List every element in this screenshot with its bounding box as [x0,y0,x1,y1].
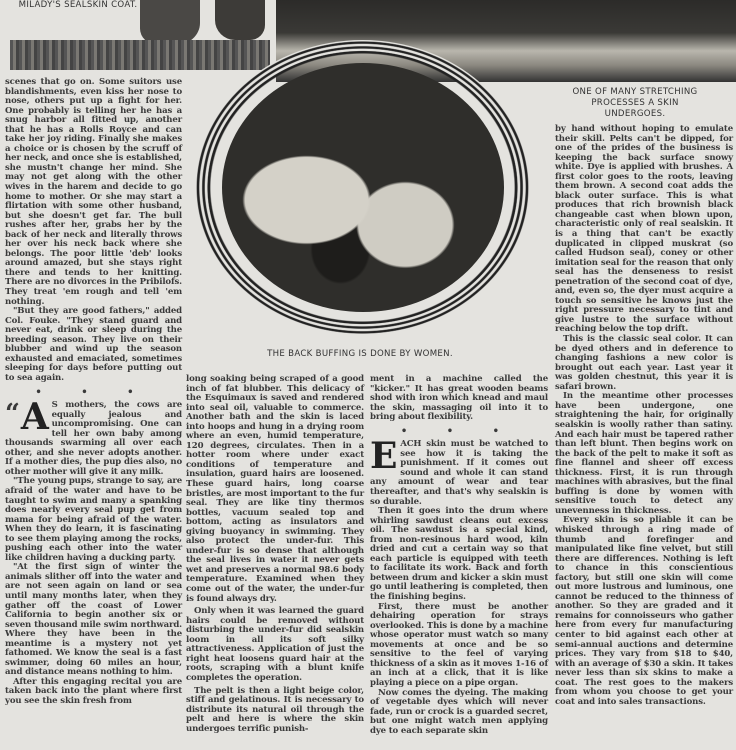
col4-p1: by hand without hoping to emulate their … [555,125,733,335]
col2-p2: Only when it was learned the guard hairs… [186,607,364,683]
col1-p2: "But they are good fathers," added Col. … [5,307,182,383]
article-column-3: ment in a machine called the "kicker." I… [370,375,548,736]
col2-p3: The pelt is then a light beige color, st… [186,687,364,735]
col3-p4: First, there must be another dehairing o… [370,603,548,689]
col4-p2: This is the classic seal color. It can b… [555,335,733,392]
caption-top-right: ONE OF MANY STRETCHING PROCESSES A SKIN … [560,87,710,120]
center-photo [222,63,504,312]
col4-p4: Every skin is so pliable it can be whisk… [555,516,733,707]
col3-p1: ment in a machine called the "kicker." I… [370,375,548,423]
col1-p4: "The young pups, strange to say, are afr… [5,477,182,563]
rocks-strip [10,40,270,70]
article-column-2: long soaking being scraped of a good inc… [186,375,364,734]
col3-p3: Then it goes into the drum where whirlin… [370,507,548,602]
col4-p3: In the meantime other processes have bee… [555,392,733,516]
article-column-4: by hand without hoping to emulate their … [555,125,733,707]
col1-p5: "At the first sign of winter the animals… [5,563,182,678]
col2-p1: long soaking being scraped of a good inc… [186,375,364,604]
caption-top-left: MILADY'S SEALSKIN COAT. [18,0,138,11]
col3-p5: Now comes the dyeing. The making of vege… [370,689,548,737]
article-column-1: scenes that go on. Some suitors use blan… [5,78,182,707]
seal-body [140,0,200,45]
dropcap-letter-a: A [21,403,49,431]
caption-center: THE BACK BUFFING IS DONE BY WOMEN. [250,349,470,360]
dropcap-quote: “ [5,401,20,427]
col1-p6: After this engaging recital you are take… [5,678,182,707]
col1-p1: scenes that go on. Some suitors use blan… [5,78,182,307]
dropcap-letter-e: E [370,442,397,470]
seal-body-2 [215,0,265,40]
